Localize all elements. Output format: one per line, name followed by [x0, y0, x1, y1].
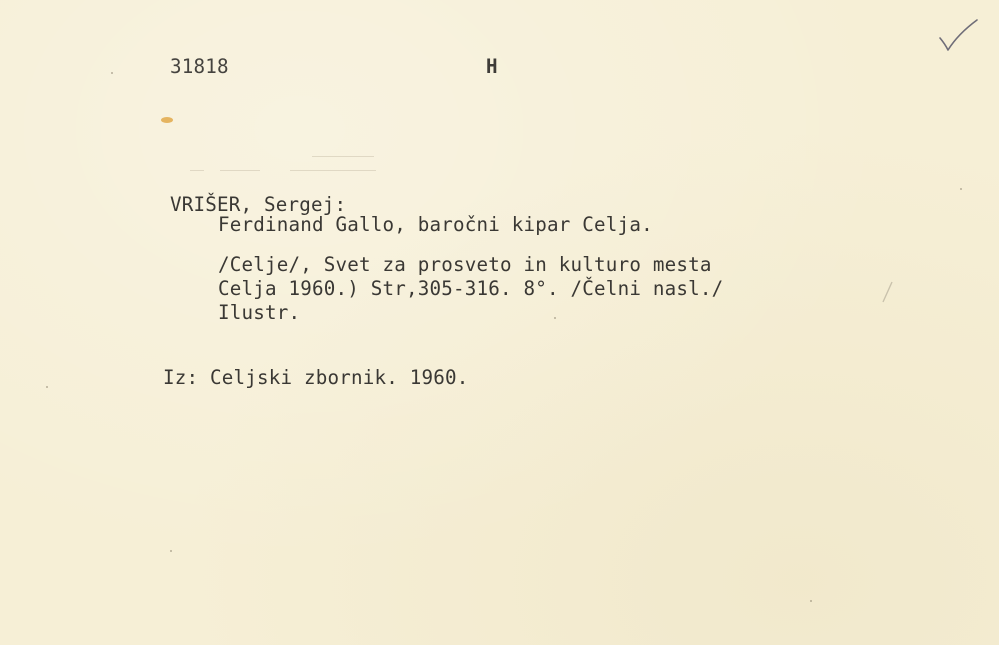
faint-show-through-text — [190, 152, 390, 178]
paper-speck — [960, 188, 962, 190]
call-number: 31818 — [170, 56, 229, 78]
publication-line-2: Celja 1960.) Str,305-316. 8°. /Čelni nas… — [218, 278, 723, 300]
source-note: Iz: Celjski zbornik. 1960. — [163, 367, 469, 389]
paper-speck — [554, 317, 556, 319]
catalog-card: 31818 H VRIŠER, Sergej: Ferdinand Gallo,… — [0, 0, 999, 645]
paper-speck — [111, 72, 113, 74]
faint-slash-mark — [880, 280, 894, 304]
paper-speck — [46, 386, 48, 388]
paper-stain — [161, 117, 173, 123]
checkmark-icon — [936, 16, 980, 56]
publication-line-1: /Celje/, Svet za prosveto in kulturo mes… — [218, 254, 712, 276]
paper-speck — [170, 550, 172, 552]
publication-line-3: Ilustr. — [218, 302, 300, 324]
location-mark: H — [486, 56, 498, 78]
paper-speck — [810, 600, 812, 602]
work-title: Ferdinand Gallo, baročni kipar Celja. — [218, 214, 653, 236]
